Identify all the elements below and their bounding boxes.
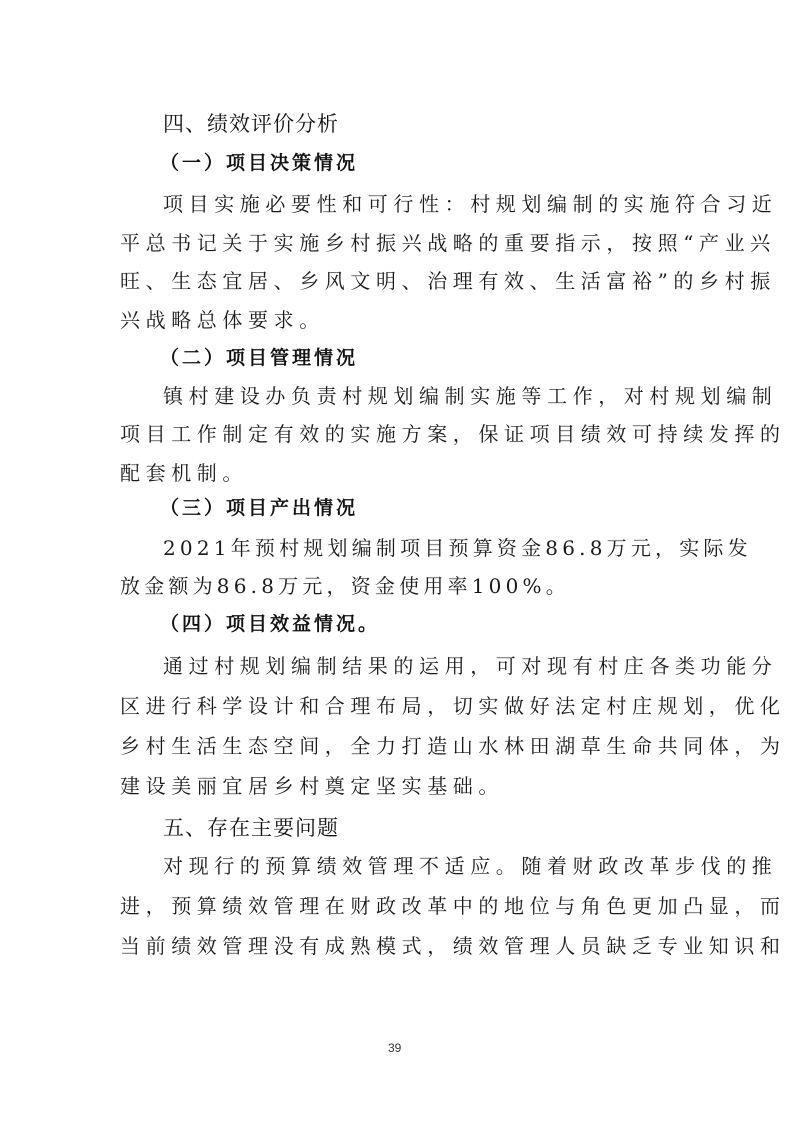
paragraph-line: 镇村建设办负责村规划编制实施等工作，对村规划编制 (163, 383, 676, 409)
paragraph-line: 对现行的预算绩效管理不适应。随着财政改革步伐的推 (163, 853, 676, 879)
paragraph-line: 平总书记关于实施乡村振兴战略的重要指示，按照“产业兴 (120, 230, 676, 256)
section-heading-5: 五、存在主要问题 (163, 815, 676, 841)
paragraph-line: 兴战略总体要求。 (120, 307, 676, 333)
paragraph-line: 项目工作制定有效的实施方案，保证项目绩效可持续发挥的 (120, 421, 676, 447)
subheading-decision: （一）项目决策情况 (160, 150, 673, 176)
page-number: 39 (388, 1041, 401, 1055)
paragraph-line: 旺、生态宜居、乡风文明、治理有效、生活富裕”的乡村振 (120, 268, 676, 294)
subheading-benefit: （四）项目效益情况。 (160, 611, 673, 637)
paragraph-line: 项目实施必要性和可行性：村规划编制的实施符合习近 (163, 191, 676, 217)
paragraph-line: 当前绩效管理没有成熟模式，绩效管理人员缺乏专业知识和 (120, 933, 676, 959)
document-page: 四、绩效评价分析 （一）项目决策情况 项目实施必要性和可行性：村规划编制的实施符… (0, 0, 793, 1122)
paragraph-line: 乡村生活生态空间，全力打造山水林田湖草生命共同体，为 (120, 733, 676, 759)
paragraph-line: 2021年预村规划编制项目预算资金86.8万元，实际发 (163, 535, 676, 561)
paragraph-line: 进，预算绩效管理在财政改革中的地位与角色更加凸显，而 (120, 893, 676, 919)
paragraph-line: 区进行科学设计和合理布局，切实做好法定村庄规划，优化 (120, 693, 676, 719)
paragraph-line: 放金额为86.8万元，资金使用率100%。 (120, 573, 676, 599)
section-heading-4: 四、绩效评价分析 (163, 111, 676, 137)
subheading-management: （二）项目管理情况 (160, 345, 673, 371)
subheading-output: （三）项目产出情况 (160, 495, 673, 521)
paragraph-line: 通过村规划编制结果的运用，可对现有村庄各类功能分 (163, 653, 676, 679)
paragraph-line: 建设美丽宜居乡村奠定坚实基础。 (120, 773, 676, 799)
paragraph-line: 配套机制。 (120, 460, 676, 486)
